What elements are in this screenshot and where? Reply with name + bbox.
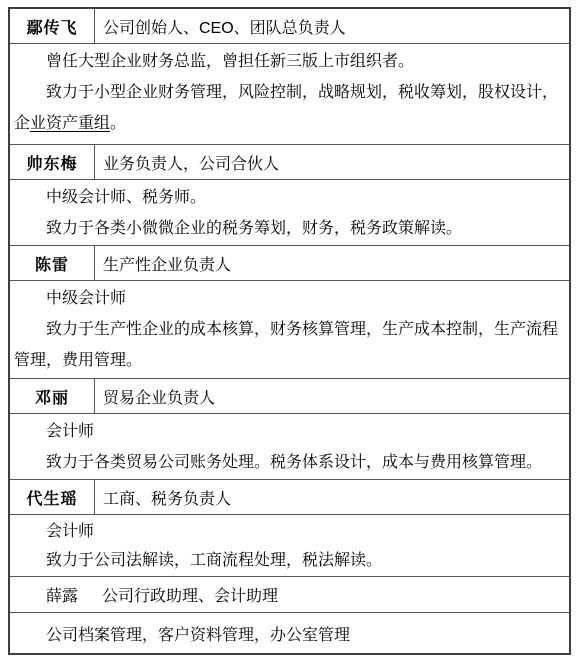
member-role: 生产性企业负责人 [95,246,569,280]
member-bio-row: 中级会计师、税务师。 致力于各类小微微企业的税务筹划，财务，税务政策解读。 [10,180,569,246]
assistant-role: 公司行政助理、会计助理 [102,583,278,606]
member-name: 鄢传飞 [10,9,95,43]
member-header-row: 鄢传飞 公司创始人、CEO、团队总负责人 [10,9,569,44]
bio-paragraph: 致力于各类贸易公司账务处理。税务体系设计，成本与费用核算管理。 [14,447,564,478]
member-bio-row: 会计师 致力于各类贸易公司账务处理。税务体系设计，成本与费用核算管理。 [10,414,569,480]
member-role: 业务负责人，公司合伙人 [95,145,569,179]
assistant-duties: 公司档案管理，客户资料管理，办公室管理 [46,622,350,645]
member-name: 帅东梅 [10,145,95,179]
assistant-name: 薛露 [46,583,78,606]
member-header-row: 陈雷 生产性企业负责人 [10,246,569,281]
member-name: 邓丽 [10,379,95,413]
team-roster-table: 鄢传飞 公司创始人、CEO、团队总负责人 曾任大型企业财务总监，曾担任新三版上市… [8,7,571,655]
member-bio-row: 中级会计师 致力于生产性企业的成本核算，财务核算管理，生产成本控制，生产流程管理… [10,281,569,379]
bio-paragraph: 会计师 [14,517,564,546]
member-role: 公司创始人、CEO、团队总负责人 [95,9,569,43]
member-bio-row: 会计师 致力于公司法解读，工商流程处理，税法解读。 [10,515,569,577]
member-name: 代生瑶 [10,480,95,514]
bio-paragraph: 致力于各类小微微企业的税务筹划，财务，税务政策解读。 [14,213,564,244]
bio-paragraph: 致力于小型企业财务管理，风险控制，战略规划，税收筹划，股权设计，企业资产重组。 [14,77,564,139]
bio-paragraph: 曾任大型企业财务总监，曾担任新三版上市组织者。 [14,46,564,77]
member-header-row: 邓丽 贸易企业负责人 [10,379,569,414]
member-header-row: 代生瑶 工商、税务负责人 [10,480,569,515]
bio-paragraph: 致力于生产性企业的成本核算，财务核算管理，生产成本控制，生产流程管理，费用管理。 [14,314,564,376]
bio-paragraph: 致力于公司法解读，工商流程处理，税法解读。 [14,546,564,575]
member-header-row: 帅东梅 业务负责人，公司合伙人 [10,145,569,180]
member-bio-row: 曾任大型企业财务总监，曾担任新三版上市组织者。 致力于小型企业财务管理，风险控制… [10,44,569,145]
bio-paragraph: 中级会计师、税务师。 [14,182,564,213]
member-role: 贸易企业负责人 [95,379,569,413]
bio-paragraph: 中级会计师 [14,283,564,314]
member-role: 工商、税务负责人 [95,480,569,514]
bio-paragraph: 会计师 [14,416,564,447]
bio-text: 。 [110,115,126,132]
assistant-duties-row: 公司档案管理，客户资料管理，办公室管理 [10,613,569,653]
assistant-header-row: 薛露 公司行政助理、会计助理 [10,577,569,613]
member-name: 陈雷 [10,246,95,280]
bio-underlined-text: 业资产重组 [30,115,110,132]
